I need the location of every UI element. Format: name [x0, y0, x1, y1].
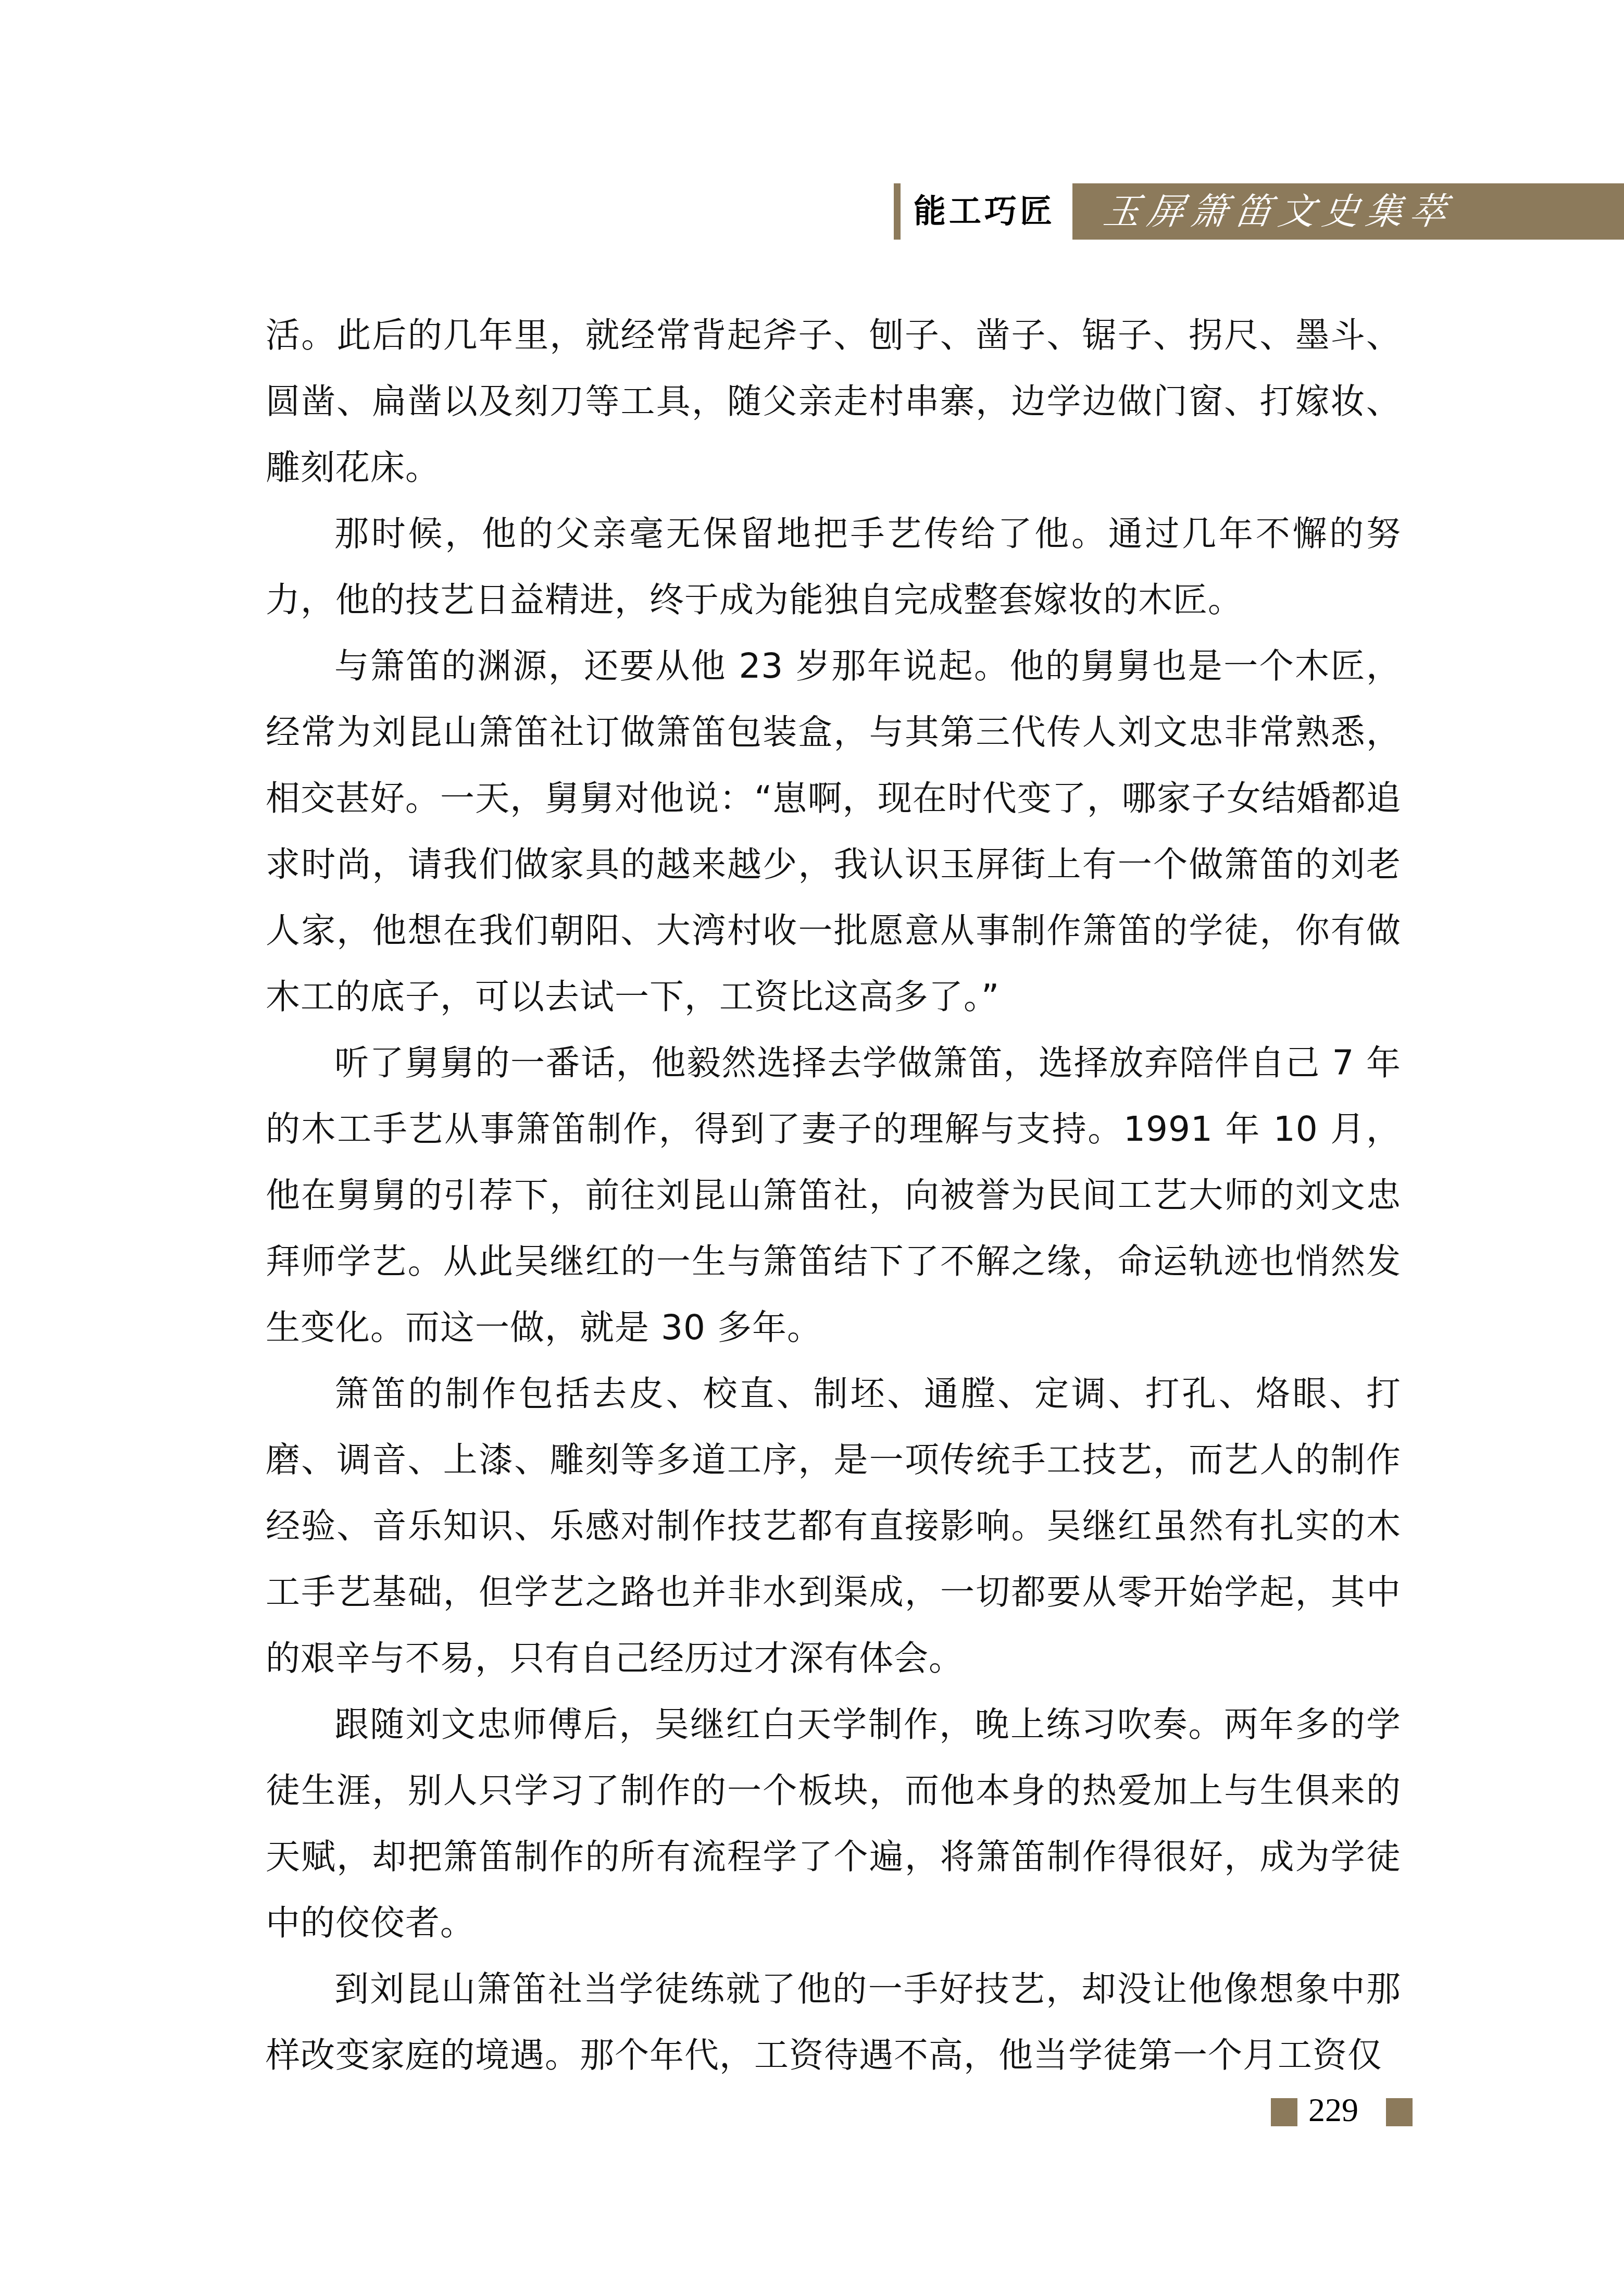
paragraph: 那时候，他的父亲毫无保留地把手艺传给了他。通过几年不懈的努力，他的技艺日益精进，…	[266, 501, 1401, 633]
book-title-band: 玉屏箫笛文史集萃	[1072, 183, 1624, 240]
header-accent-bar	[894, 183, 901, 240]
page-footer: 229	[1271, 2098, 1411, 2127]
paragraph: 听了舅舅的一番话，他毅然选择去学做箫笛，选择放弃陪伴自己 7 年的木工手艺从事箫…	[266, 1030, 1401, 1361]
footer-square-right	[1386, 2098, 1413, 2126]
running-header: 能工巧匠 玉屏箫笛文史集萃	[894, 183, 1624, 240]
paragraph: 跟随刘文忠师傅后，吴继红白天学制作，晚上练习吹奏。两年多的学徒生涯，别人只学习了…	[266, 1691, 1401, 1956]
paragraph: 到刘昆山箫笛社当学徒练就了他的一手好技艺，却没让他像想象中那样改变家庭的境遇。那…	[266, 1956, 1401, 2088]
paragraph: 与箫笛的渊源，还要从他 23 岁那年说起。他的舅舅也是一个木匠，经常为刘昆山箫笛…	[266, 633, 1401, 1030]
paragraph: 活。此后的几年里，就经常背起斧子、刨子、凿子、锯子、拐尺、墨斗、圆凿、扁凿以及刻…	[266, 302, 1401, 501]
book-title: 玉屏箫笛文史集萃	[1100, 186, 1457, 236]
paragraph: 箫笛的制作包括去皮、校直、制坯、通膛、定调、打孔、烙眼、打磨、调音、上漆、雕刻等…	[266, 1361, 1401, 1691]
footer-square-left	[1271, 2098, 1297, 2126]
section-title: 能工巧匠	[914, 189, 1055, 234]
page-number: 229	[1308, 2091, 1358, 2129]
body-text: 活。此后的几年里，就经常背起斧子、刨子、凿子、锯子、拐尺、墨斗、圆凿、扁凿以及刻…	[266, 302, 1401, 2088]
